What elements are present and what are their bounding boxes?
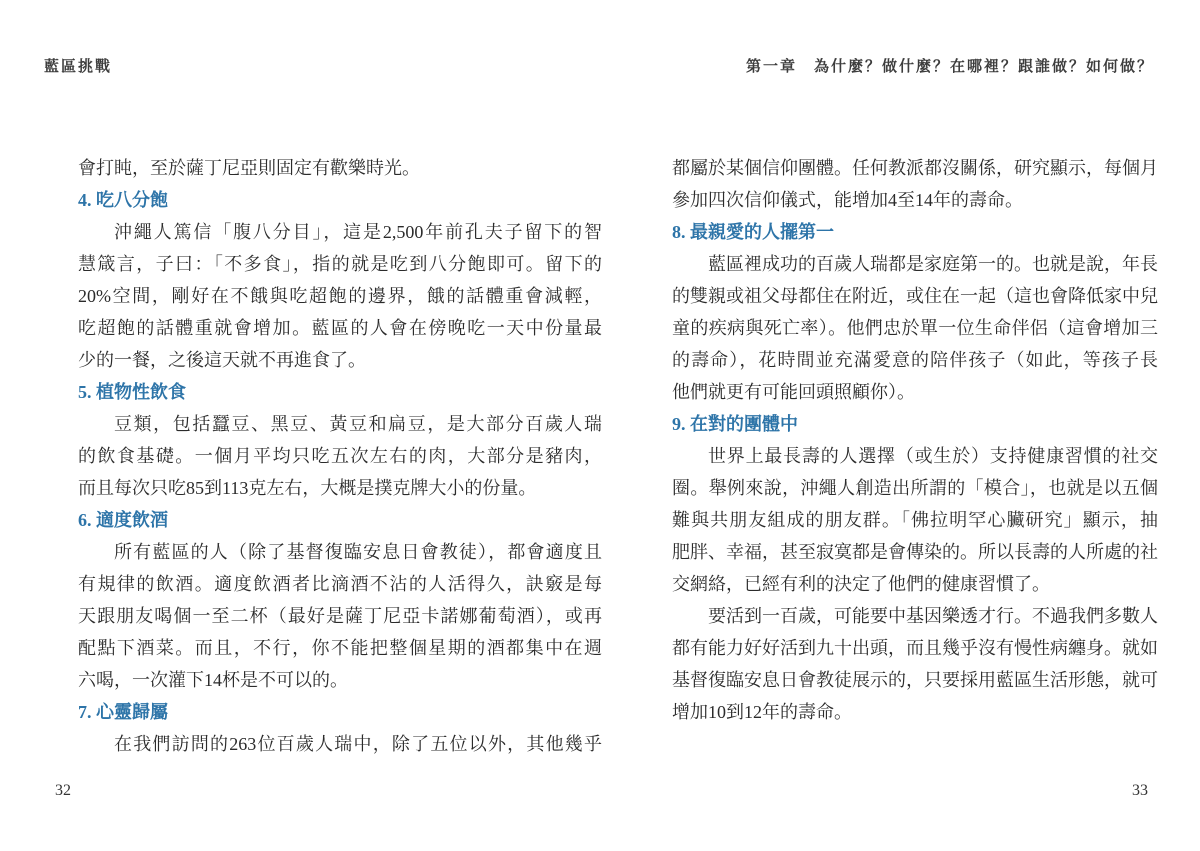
body-text-line: 世界上最長壽的人選擇（或生於）支持健康習慣的社交 (672, 440, 1158, 472)
body-text-line: 參加四次信仰儀式，能增加4至14年的壽命。 (672, 184, 1158, 216)
body-text-line: 圈。舉例來說，沖繩人創造出所謂的「模合」，也就是以五個患 (672, 472, 1158, 504)
body-text-line: 配點下酒菜。而且，不行，你不能把整個星期的酒都集中在週 (78, 632, 602, 664)
body-text-line: 20%空間，剛好在不餓與吃超飽的邊界，餓的話體重會減輕， (78, 280, 602, 312)
section-heading: 8. 最親愛的人擺第一 (672, 216, 1158, 248)
body-text-line: 的飲食基礎。一個月平均只吃五次左右的肉，大部分是豬肉， (78, 440, 602, 472)
body-text-line: 難與共朋友組成的朋友群。「佛拉明罕心臟研究」顯示，抽菸、 (672, 504, 1158, 536)
section-heading: 5. 植物性飲食 (78, 376, 602, 408)
body-text-line: 的雙親或祖父母都住在附近，或住在一起（這也會降低家中兒 (672, 280, 1158, 312)
body-text-line: 交網絡，已經有利的決定了他們的健康習慣了。 (672, 568, 1158, 600)
body-text-line: 的壽命），花時間並充滿愛意的陪伴孩子（如此，等孩子長大， (672, 344, 1158, 376)
section-heading: 7. 心靈歸屬 (78, 696, 602, 728)
body-text-line: 吃超飽的話體重就會增加。藍區的人會在傍晚吃一天中份量最 (78, 312, 602, 344)
body-text-line: 豆類，包括蠶豆、黑豆、黃豆和扁豆，是大部分百歲人瑞 (78, 408, 602, 440)
section-heading: 6. 適度飲酒 (78, 504, 602, 536)
left-page-text-column: 會打盹，至於薩丁尼亞則固定有歡樂時光。4. 吃八分飽沖繩人篤信「腹八分目」，這是… (78, 152, 602, 760)
body-text-line: 會打盹，至於薩丁尼亞則固定有歡樂時光。 (78, 152, 602, 184)
body-text-line: 六喝，一次灌下14杯是不可以的。 (78, 664, 602, 696)
body-text-line: 增加10到12年的壽命。 (672, 696, 1158, 728)
body-text-line: 有規律的飲酒。適度飲酒者比滴酒不沾的人活得久，訣竅是每 (78, 568, 602, 600)
body-text-line: 藍區裡成功的百歲人瑞都是家庭第一的。也就是說，年長 (672, 248, 1158, 280)
right-page-number: 33 (1132, 782, 1148, 800)
body-text-line: 在我們訪問的263位百歲人瑞中，除了五位以外，其他幾乎 (78, 728, 602, 760)
running-header-chapter-title: 第一章 為什麼？做什麼？在哪裡？跟誰做？如何做？ (746, 55, 1154, 76)
body-text-line: 基督復臨安息日會教徒展示的，只要採用藍區生活形態，就可 (672, 664, 1158, 696)
body-text-line: 都有能力好好活到九十出頭，而且幾乎沒有慢性病纏身。就如 (672, 632, 1158, 664)
body-text-line: 少的一餐，之後這天就不再進食了。 (78, 344, 602, 376)
body-text-line: 他們就更有可能回頭照顧你）。 (672, 376, 1158, 408)
body-text-line: 所有藍區的人（除了基督復臨安息日會教徒），都會適度且 (78, 536, 602, 568)
running-header-book-title: 藍區挑戰 (44, 55, 112, 76)
left-page-number: 32 (55, 782, 71, 800)
body-text-line: 天跟朋友喝個一至二杯（最好是薩丁尼亞卡諾娜葡萄酒），或再 (78, 600, 602, 632)
body-text-line: 肥胖、幸福，甚至寂寞都是會傳染的。所以長壽的人所處的社 (672, 536, 1158, 568)
body-text-line: 要活到一百歲，可能要中基因樂透才行。不過我們多數人 (672, 600, 1158, 632)
body-text-line: 而且每次只吃85到113克左右，大概是撲克牌大小的份量。 (78, 472, 602, 504)
body-text-line: 沖繩人篤信「腹八分目」，這是2,500年前孔夫子留下的智 (78, 216, 602, 248)
section-heading: 9. 在對的團體中 (672, 408, 1158, 440)
body-text-line: 都屬於某個信仰團體。任何教派都沒關係，研究顯示，每個月 (672, 152, 1158, 184)
body-text-line: 慧箴言，子曰：「不多食」，指的就是吃到八分飽即可。留下的 (78, 248, 602, 280)
body-text-line: 童的疾病與死亡率）。他們忠於單一位生命伴侶（這會增加三年 (672, 312, 1158, 344)
section-heading: 4. 吃八分飽 (78, 184, 602, 216)
book-spread: 藍區挑戰 第一章 為什麼？做什麼？在哪裡？跟誰做？如何做？ 會打盹，至於薩丁尼亞… (0, 0, 1200, 851)
right-page-text-column: 都屬於某個信仰團體。任何教派都沒關係，研究顯示，每個月參加四次信仰儀式，能增加4… (672, 152, 1158, 728)
